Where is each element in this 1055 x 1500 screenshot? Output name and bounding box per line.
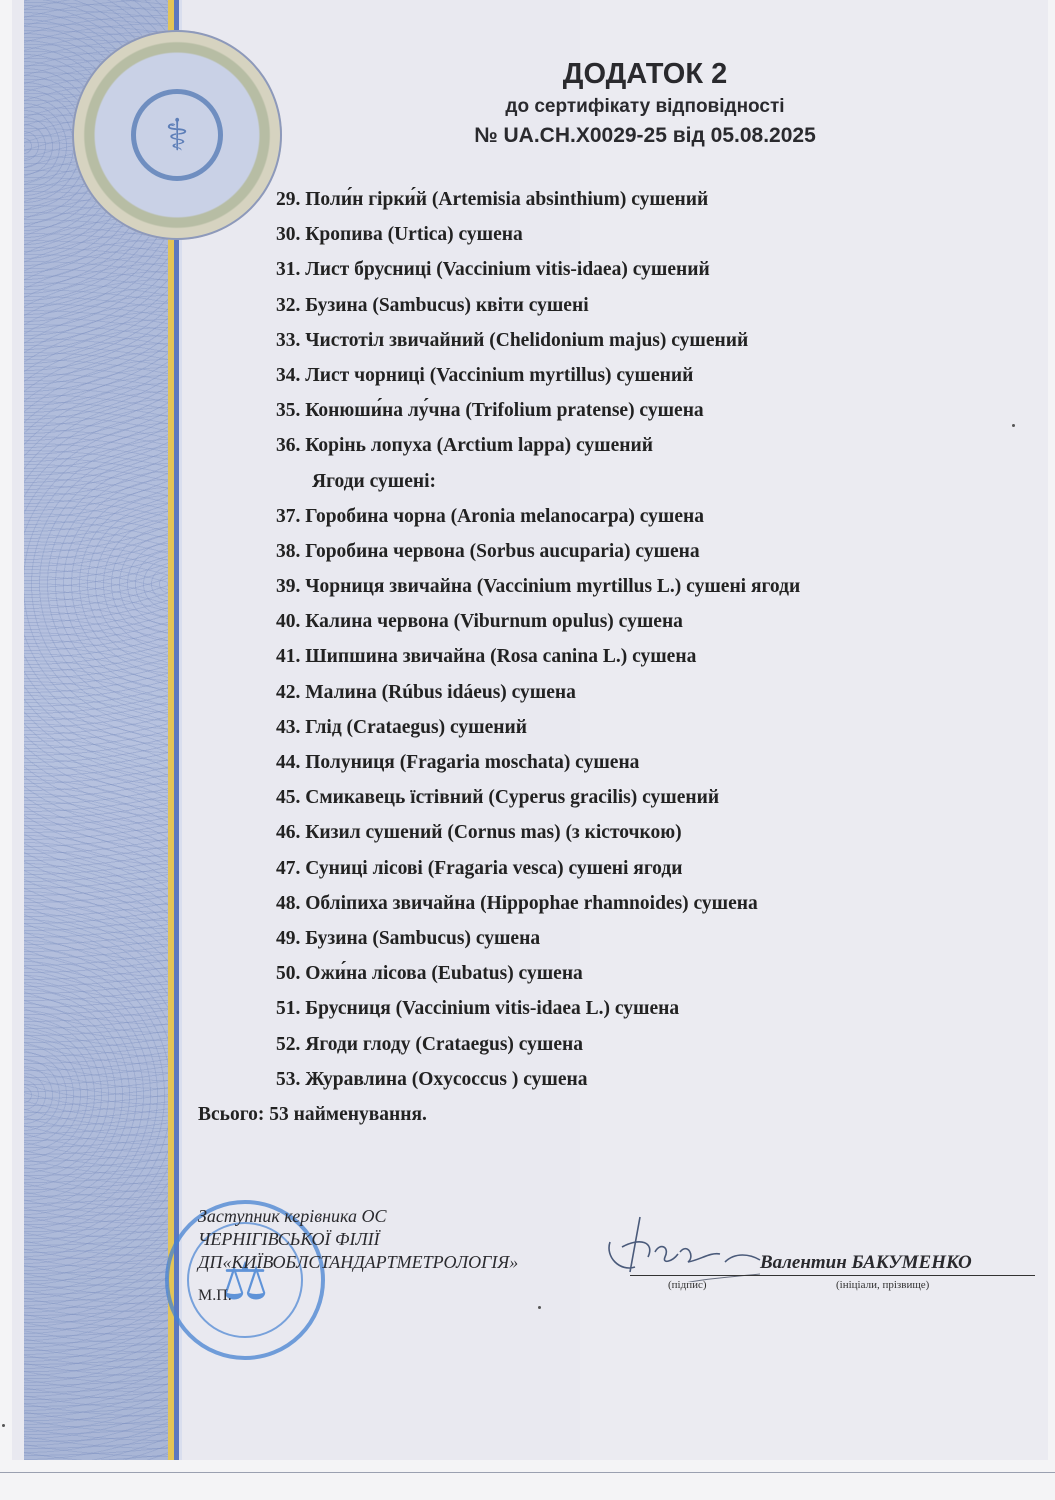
caduceus-scales-icon: ⚕	[131, 89, 223, 181]
scan-speck	[2, 1424, 5, 1427]
seal-label: М.П.	[198, 1287, 232, 1305]
list-item: 45. Смикавець їстівний (Cyperus gracilis…	[276, 786, 800, 821]
list-item: 38. Горобина червона (Sorbus aucuparia) …	[276, 540, 800, 575]
signatory-position: Заступник керівника ОС ЧЕРНІГІВСЬКОЇ ФІЛ…	[198, 1205, 518, 1274]
list-item: 43. Глід (Crataegus) сушений	[276, 716, 800, 751]
list-item: 33. Чистотіл звичайний (Chelidonium maju…	[276, 329, 800, 364]
list-item: 41. Шипшина звичайна (Rosa canina L.) су…	[276, 645, 800, 680]
signature-caption: (підпис)	[668, 1279, 707, 1291]
list-item: 42. Малина (Rúbus idáeus) сушена	[276, 681, 800, 716]
list-item: 36. Корінь лопуха (Arctium lappa) сушени…	[276, 434, 800, 469]
list-item: 32. Бузина (Sambucus) квіти сушені	[276, 294, 800, 329]
list-item: 46. Кизил сушений (Cornus mas) (з кісточ…	[276, 821, 800, 856]
position-line: ЧЕРНІГІВСЬКОЇ ФІЛІЇ	[198, 1228, 518, 1251]
list-item: 50. Ожи́на лісова (Eubatus) сушена	[276, 962, 800, 997]
position-line: ДП«КИЇВОБЛСТАНДАРТМЕТРОЛОГІЯ»	[198, 1251, 518, 1274]
name-caption: (ініціали, прізвище)	[836, 1279, 929, 1291]
list-item: 44. Полуниця (Fragaria moschata) сушена	[276, 751, 800, 786]
document-title: ДОДАТОК 2	[345, 58, 945, 91]
list-item: 47. Суниці лісові (Fragaria vesca) сушен…	[276, 857, 800, 892]
handwritten-signature	[600, 1212, 780, 1282]
list-item: 35. Конюши́на лу́чна (Trifolium pratense…	[276, 399, 800, 434]
certificate-number: № UA.CH.X0029-25 від 05.08.2025	[345, 124, 945, 148]
organization-emblem: ⚕	[72, 30, 282, 240]
list-item: 39. Чорниця звичайна (Vaccinium myrtillu…	[276, 575, 800, 610]
list-item: 31. Лист брусниці (Vaccinium vitis-idaea…	[276, 258, 800, 293]
page-edge-line	[0, 1472, 1055, 1473]
position-line: Заступник керівника ОС	[198, 1205, 518, 1228]
total-count: Всього: 53 найменування.	[198, 1104, 427, 1126]
signatory-name: Валентин БАКУМЕНКО	[760, 1252, 972, 1274]
list-item: 52. Ягоди глоду (Crataegus) сушена	[276, 1033, 800, 1068]
list-item: 40. Калина червона (Viburnum opulus) суш…	[276, 610, 800, 645]
section-heading: Ягоди сушені:	[276, 470, 800, 505]
document-subtitle: до сертифікату відповідності	[345, 96, 945, 118]
list-item: 37. Горобина чорна (Aronia melanocarpa) …	[276, 505, 800, 540]
list-item: 30. Кропива (Urtica) сушена	[276, 223, 800, 258]
product-list: 29. Поли́н гірки́й (Artemisia absinthium…	[276, 188, 800, 1103]
list-item: 34. Лист чорниці (Vaccinium myrtillus) с…	[276, 364, 800, 399]
list-item: 48. Обліпиха звичайна (Hippophae rhamnoi…	[276, 892, 800, 927]
scan-speck	[1012, 424, 1015, 427]
list-item: 49. Бузина (Sambucus) сушена	[276, 927, 800, 962]
list-item: 29. Поли́н гірки́й (Artemisia absinthium…	[276, 188, 800, 223]
signature-line	[630, 1275, 1035, 1276]
list-item: 53. Журавлина (Oxycoccus ) сушена	[276, 1068, 800, 1103]
scan-speck	[538, 1306, 541, 1309]
list-item: 51. Брусниця (Vaccinium vitis-idaea L.) …	[276, 997, 800, 1032]
